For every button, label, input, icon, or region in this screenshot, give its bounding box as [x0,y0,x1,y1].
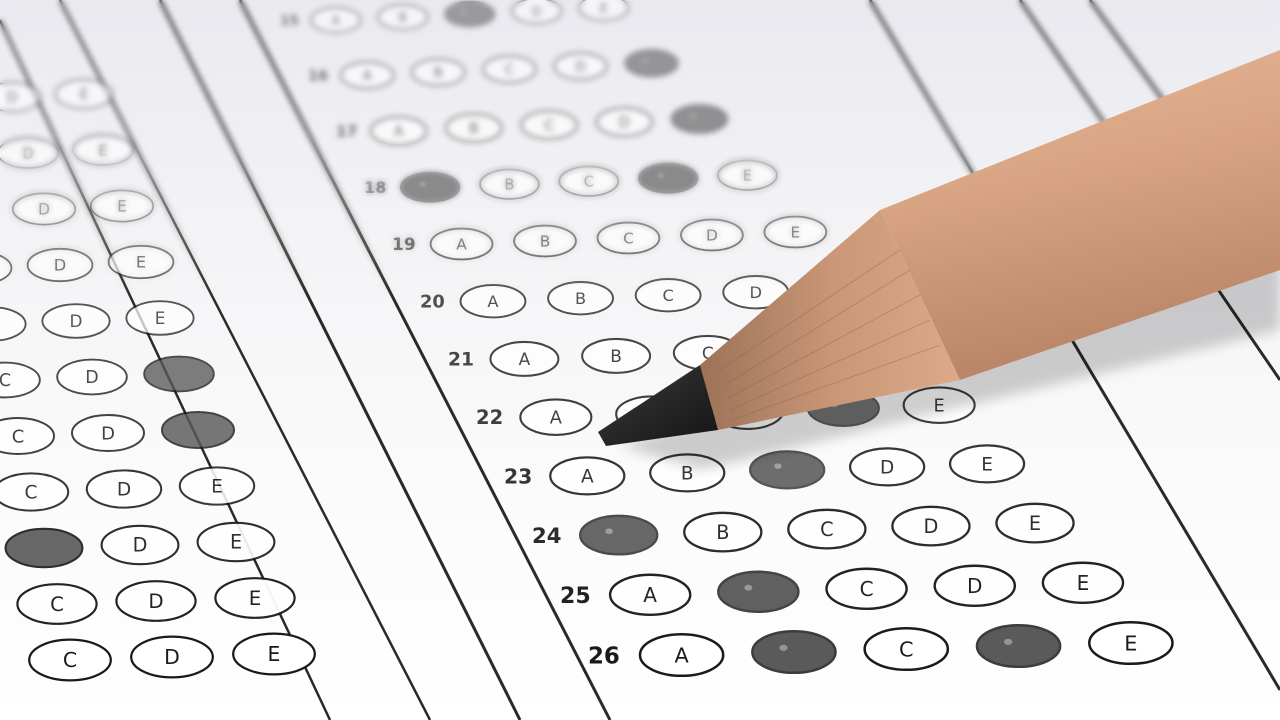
answer-sheet-photo: 15ABDE16ABCD17ABCD18BCE19ABCDE20ABCDE21A… [0,0,1280,720]
pencil [0,0,1280,720]
